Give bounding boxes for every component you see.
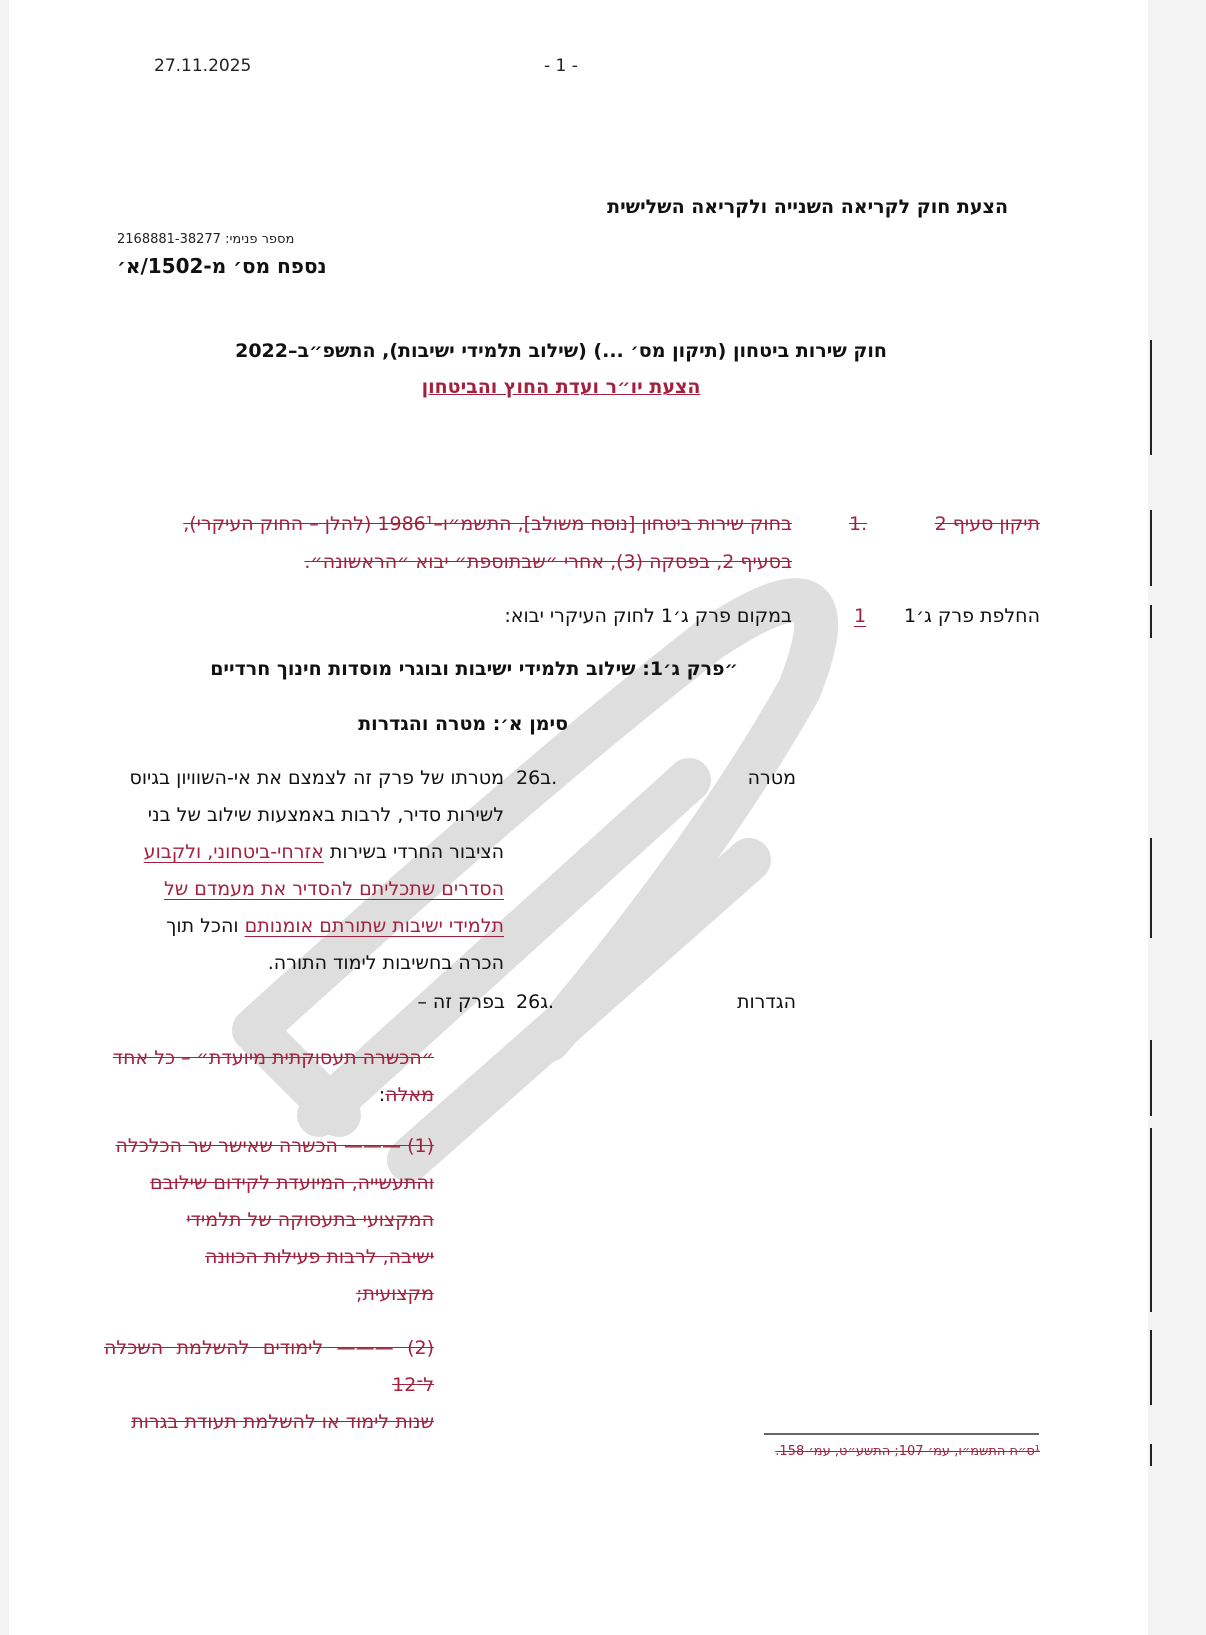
definitions-number: 26ג. bbox=[516, 984, 554, 1021]
replace-margin: החלפת פרק ג׳1 bbox=[904, 598, 1040, 635]
change-bar bbox=[1150, 605, 1152, 638]
definition-item-1: (1) ——— הכשרה שאישר שר הכלכלה והתעשייה, … bbox=[104, 1128, 434, 1313]
purpose-insert: תלמידי ישיבות שתורתם אומנותם bbox=[245, 915, 504, 937]
chapter-title: ״פרק ג׳1: שילוב תלמידי ישיבות ובוגרי מוס… bbox=[210, 658, 738, 680]
definition-term: ״הכשרה תעסוקתית מיועדת״ – כל אחד bbox=[104, 1040, 434, 1077]
change-bar bbox=[1150, 1040, 1152, 1116]
change-bar bbox=[1150, 1128, 1152, 1312]
header-date: 27.11.2025 bbox=[154, 56, 251, 76]
definition-item-2: (2) ——— לימודים להשלמת השכלה ל־12 שנות ל… bbox=[104, 1330, 434, 1441]
replace-number: 1 bbox=[854, 598, 866, 635]
amend2-line2: בסעיף 2, בפסקה (3), אחרי ״שבתוספת״ יבוא … bbox=[304, 544, 792, 581]
purpose-line: הציבור החרדי בשירות אזרחי-ביטחוני, ולקבו… bbox=[104, 834, 504, 871]
purpose-number: 26ב. bbox=[516, 760, 557, 797]
amend2-margin: תיקון סעיף 2 bbox=[935, 506, 1040, 543]
definitions-intro: בפרק זה – bbox=[417, 984, 505, 1021]
internal-number-value: 2168881-38277 bbox=[117, 232, 221, 247]
law-title: חוק שירות ביטחון (תיקון מס׳ ...) (שילוב … bbox=[221, 340, 901, 362]
definition-term-cont: מאלה bbox=[385, 1084, 434, 1106]
definitions-margin: הגדרות bbox=[737, 984, 796, 1021]
item-line: והתעשייה, המיועדת לקידום שילובם bbox=[104, 1165, 434, 1202]
amend2-line1: בחוק שירות ביטחון [נוסח משולב], התשמ״ו–1… bbox=[112, 506, 792, 543]
purpose-line: לשירות סדיר, לרבות באמצעות שילוב של בני bbox=[104, 797, 504, 834]
purpose-insert: אזרחי-ביטחוני, ולקבוע bbox=[144, 841, 324, 863]
purpose-line: תלמידי ישיבות שתורתם אומנותם והכל תוך bbox=[104, 908, 504, 945]
change-bar bbox=[1150, 838, 1152, 938]
change-bar bbox=[1150, 1330, 1152, 1405]
item-line: המקצועי בתעסוקה של תלמידי bbox=[104, 1202, 434, 1239]
change-bar bbox=[1150, 1444, 1152, 1466]
item-line: מקצועית; bbox=[104, 1276, 434, 1313]
sign-title: סימן א׳: מטרה והגדרות bbox=[358, 713, 568, 735]
footnote-mark: ¹ bbox=[1035, 1444, 1040, 1459]
footnote-separator bbox=[764, 1433, 1039, 1435]
item-line: שנות לימוד או להשלמת תעודת בגרות bbox=[104, 1404, 434, 1441]
purpose-span: והכל תוך bbox=[166, 915, 238, 937]
item-line: ישיבה, לרבות פעילות הכוונה bbox=[104, 1239, 434, 1276]
purpose-line: מטרתו של פרק זה לצמצם את אי-השוויון בגיו… bbox=[104, 760, 504, 797]
change-bar bbox=[1150, 340, 1152, 455]
purpose-margin: מטרה bbox=[748, 760, 796, 797]
committee-proposal: הצעת יו״ר ועדת החוץ והביטחון bbox=[221, 376, 901, 398]
internal-number: מספר פנימי: 2168881-38277 bbox=[117, 232, 294, 247]
footnote: ¹ס״ח התשמ״ו, עמ׳ 107; התשע״ט, עמ׳ 158. bbox=[775, 1444, 1040, 1459]
amend2-number: 1. bbox=[849, 506, 867, 543]
item-line: הכשרה שאישר שר הכלכלה bbox=[115, 1135, 337, 1157]
purpose-text: מטרתו של פרק זה לצמצם את אי-השוויון בגיו… bbox=[104, 760, 504, 982]
proposal-title: הצעת חוק לקריאה השנייה ולקריאה השלישית bbox=[607, 196, 1008, 218]
change-bar bbox=[1150, 510, 1152, 586]
definition-1: ״הכשרה תעסוקתית מיועדת״ – כל אחד מאלה: bbox=[104, 1040, 434, 1114]
item-number: (1) bbox=[407, 1135, 434, 1157]
purpose-span: הציבור החרדי בשירות bbox=[330, 841, 504, 863]
page-number: - 1 - bbox=[544, 56, 578, 76]
purpose-insert: הסדרים שתכליתם להסדיר את מעמדם של bbox=[104, 871, 504, 908]
purpose-line: הכרה בחשיבות לימוד התורה. bbox=[104, 945, 504, 982]
replace-text: במקום פרק ג׳1 לחוק העיקרי יבוא: bbox=[504, 598, 792, 635]
item-line: לימודים להשלמת השכלה ל־12 bbox=[104, 1337, 434, 1396]
internal-number-label: מספר פנימי: bbox=[225, 232, 294, 247]
document-page: 27.11.2025 - 1 - הצעת חוק לקריאה השנייה … bbox=[9, 0, 1148, 1635]
item-number: (2) bbox=[407, 1337, 434, 1359]
appendix-number: נספח מס׳ מ-1502/א׳ bbox=[117, 254, 327, 278]
footnote-text: ס״ח התשמ״ו, עמ׳ 107; התשע״ט, עמ׳ 158. bbox=[775, 1444, 1035, 1459]
